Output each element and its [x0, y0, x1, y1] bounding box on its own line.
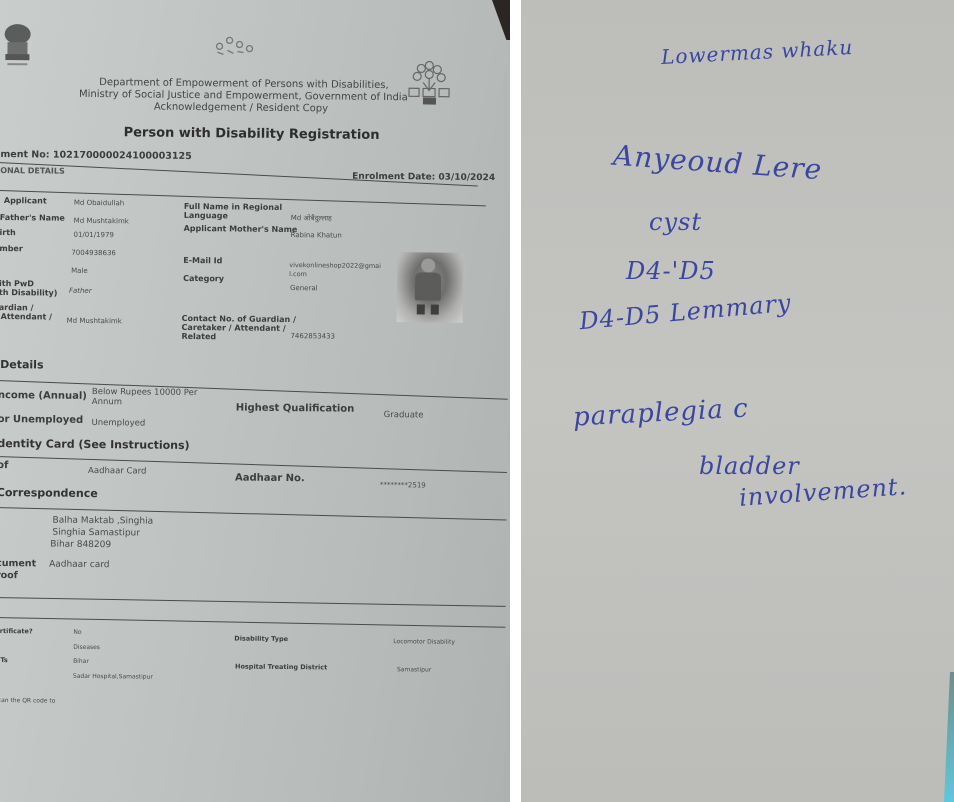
category-label: Category	[183, 274, 224, 283]
registration-acknowledgement-photo: Department of Empowerment of Persons wit…	[0, 0, 510, 802]
aadhaar-value: ********2519	[380, 481, 426, 489]
applicant-name-label: Applicant	[4, 196, 47, 205]
address-proof-label: cument	[0, 558, 36, 569]
applicant-name-value: Md Obaidullah	[74, 199, 124, 208]
proof-value: Aadhaar Card	[88, 466, 146, 477]
guardian-label-2: Attendant /	[1, 312, 52, 322]
registration-paper: Department of Empowerment of Persons wit…	[0, 0, 510, 802]
guardian-value: Md Mushtakimk	[67, 317, 122, 326]
divider	[0, 456, 507, 473]
document-title: Person with Disability Registration	[124, 125, 380, 143]
qualification-label: Highest Qualification	[236, 402, 355, 414]
correspondence-heading: Correspondence	[0, 486, 98, 500]
father-name-label: Father's Name	[0, 213, 65, 223]
address-line-2: Singhia Samastipur	[52, 528, 140, 539]
cause-value: Diseases	[73, 644, 100, 651]
address-line-1: Balha Maktab ,Singhia	[52, 516, 153, 527]
address-line-3: Bihar 848209	[50, 540, 111, 551]
guardian-label: ardian /	[0, 303, 33, 312]
handwritten-line: bladder	[699, 452, 800, 480]
certificate-label: ertificate?	[0, 627, 33, 635]
accessibility-logo-icon	[209, 34, 259, 57]
enrolment-number: ment No: 102170000024100003125	[0, 149, 191, 162]
treating-district-value: Samastipur	[397, 666, 431, 673]
mother-name-value: Rabina Khatun	[291, 231, 342, 240]
employment-label: or Unemployed	[0, 414, 83, 426]
regional-name-label-2: Language	[184, 211, 228, 220]
guardian-contact-value: 7462853433	[290, 332, 335, 340]
handwritten-note-photo: Lowermas whaku Anyeoud Lere cyst D4-'D5 …	[521, 0, 954, 802]
qr-note: scan the QR code to	[0, 697, 55, 705]
address-proof-label-2: roof	[0, 570, 18, 581]
state-label: UTs	[0, 656, 8, 664]
mobile-label: mber	[0, 244, 23, 253]
enrolment-date: Enrolment Date: 03/10/2024	[352, 172, 495, 183]
national-emblem-icon	[1, 22, 33, 68]
email-value-2: l.com	[289, 270, 307, 278]
background-edge	[944, 672, 954, 802]
email-value: vivekonlineshop2022@gmai	[289, 261, 381, 270]
disability-type-label: Disability Type	[234, 634, 288, 643]
gender-value: Male	[71, 267, 88, 275]
father-name-value: Md Mushtakimk	[74, 217, 129, 226]
disability-type-value: Locomotor Disability	[393, 638, 455, 646]
treating-district-label: Hospital Treating District	[235, 662, 327, 671]
relation-value: Father	[69, 287, 92, 295]
applicant-photo	[397, 252, 464, 323]
handwritten-line: D4-D5 Lemmary	[578, 289, 792, 335]
relation-label-2: th Disability)	[0, 288, 57, 298]
dob-label: irth	[0, 228, 16, 237]
employment-value: Unemployed	[92, 418, 146, 429]
regional-name-value: Md ओबैदुल्लाह	[291, 214, 332, 223]
income-value-2: Annum	[92, 397, 122, 407]
income-label: ncome (Annual)	[0, 390, 87, 402]
proof-label: of	[0, 460, 8, 471]
divider	[0, 597, 506, 607]
aadhaar-label: Aadhaar No.	[235, 472, 305, 484]
handwritten-line: Anyeoud Lere	[612, 139, 823, 187]
ministry-line: Ministry of Social Justice and Empowerme…	[79, 89, 408, 103]
hospital-value: Sadar Hospital,Samastipur	[73, 673, 153, 681]
handwritten-line: D4-'D5	[626, 257, 716, 285]
handwritten-line: cyst	[649, 208, 702, 236]
personal-details-heading: ONAL DETAILS	[0, 166, 65, 176]
mobile-value: 7004938636	[71, 249, 116, 257]
category-value: General	[290, 284, 318, 292]
handwritten-line: paraplegia c	[572, 393, 749, 432]
other-details-heading: Details	[0, 358, 44, 371]
address-proof-value: Aadhaar card	[49, 560, 110, 571]
dob-value: 01/01/1979	[74, 231, 114, 239]
mother-name-label: Applicant Mother's Name	[184, 224, 298, 234]
email-label: E-Mail Id	[183, 256, 222, 265]
acknowledgement-line: Acknowledgement / Resident Copy	[154, 102, 328, 115]
identity-card-heading: dentity Card (See Instructions)	[0, 437, 190, 452]
guardian-contact-label-3: Related	[181, 332, 216, 341]
divider	[0, 617, 505, 628]
bihar-emblem-icon	[407, 60, 452, 108]
handwritten-line: Lowermas whaku	[661, 35, 854, 69]
qualification-value: Graduate	[384, 410, 424, 420]
state-value: Bihar	[73, 658, 89, 665]
relation-label: ith PwD	[0, 279, 34, 288]
certificate-value: No	[73, 629, 81, 636]
